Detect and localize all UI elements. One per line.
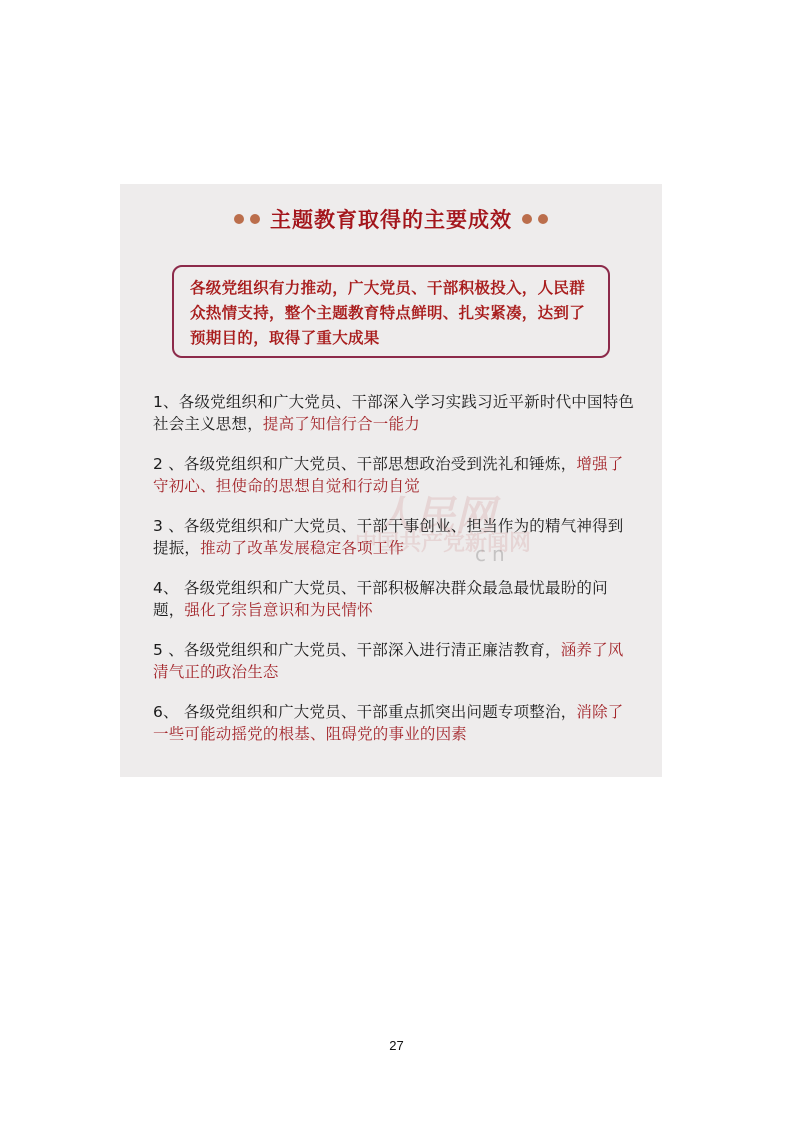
list-item: 2 、各级党组织和广大党员、干部思想政治受到洗礼和锤炼，增强了守初心、担使命的思… [153, 453, 635, 497]
item-text: 5 、各级党组织和广大党员、干部深入进行清正廉洁教育， [153, 641, 561, 659]
list-item: 1、各级党组织和广大党员、干部深入学习实践习近平新时代中国特色社会主义思想，提高… [153, 391, 635, 435]
content-panel: 主题教育取得的主要成效 各级党组织有力推动，广大党员、干部积极投入，人民群众热情… [120, 184, 662, 777]
list-item: 3 、各级党组织和广大党员、干部干事创业、担当作为的精气神得到提振，推动了改革发… [153, 515, 635, 559]
title-row: 主题教育取得的主要成效 [120, 204, 662, 234]
dot-icon [522, 214, 532, 224]
dot-icon [250, 214, 260, 224]
list-item: 5 、各级党组织和广大党员、干部深入进行清正廉洁教育，涵养了风清气正的政治生态 [153, 639, 635, 683]
dot-icon [234, 214, 244, 224]
list-item: 6、 各级党组织和广大党员、干部重点抓突出问题专项整治，消除了一些可能动摇党的根… [153, 701, 635, 745]
item-text: 2 、各级党组织和广大党员、干部思想政治受到洗礼和锤炼， [153, 455, 576, 473]
decorative-dots-right [522, 214, 548, 224]
item-highlight: 推动了改革发展稳定各项工作 [200, 539, 404, 557]
item-text: 6、 各级党组织和广大党员、干部重点抓突出问题专项整治， [153, 703, 576, 721]
item-highlight: 强化了宗旨意识和为民情怀 [184, 601, 372, 619]
achievement-list: 1、各级党组织和广大党员、干部深入学习实践习近平新时代中国特色社会主义思想，提高… [153, 391, 635, 763]
decorative-dots-left [234, 214, 260, 224]
list-item: 4、 各级党组织和广大党员、干部积极解决群众最急最忧最盼的问题，强化了宗旨意识和… [153, 577, 635, 621]
panel-title: 主题教育取得的主要成效 [270, 204, 512, 234]
summary-box: 各级党组织有力推动，广大党员、干部积极投入，人民群众热情支持，整个主题教育特点鲜… [172, 265, 610, 358]
item-highlight: 提高了知信行合一能力 [263, 415, 420, 433]
dot-icon [538, 214, 548, 224]
page-number: 27 [0, 1038, 793, 1053]
